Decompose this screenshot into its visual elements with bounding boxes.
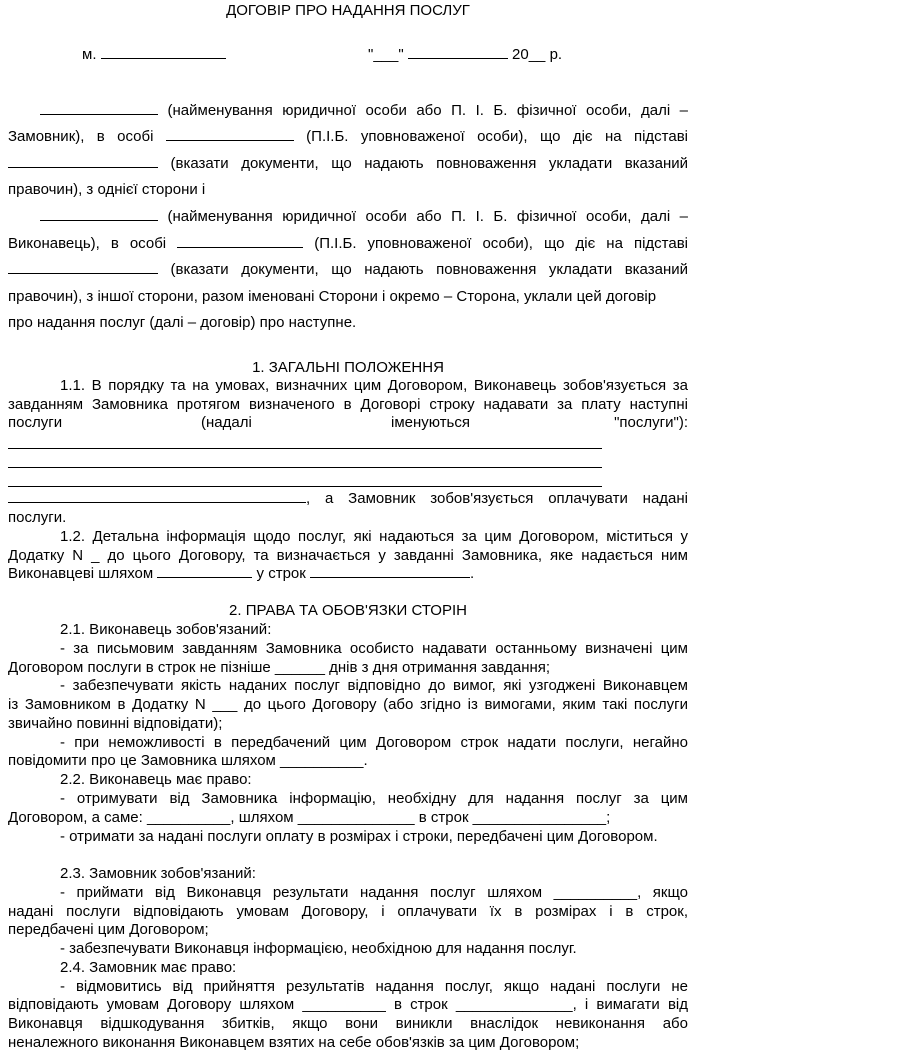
services-blank-3[interactable]: [8, 486, 602, 487]
section-2-line: звичайно повинні відповідати);: [8, 715, 688, 733]
section-1-heading: 1. ЗАГАЛЬНІ ПОЛОЖЕННЯ: [8, 359, 688, 377]
section-1-line: завданням Замовника протягом визначеного…: [8, 396, 688, 414]
customer-docs-blank[interactable]: [8, 155, 158, 168]
preamble-line: (вказати документи, що надають повноваже…: [8, 155, 688, 173]
month-blank[interactable]: [408, 46, 508, 59]
services-blank-4[interactable]: [8, 490, 306, 503]
delivery-term-blank[interactable]: [310, 565, 470, 578]
section-2-line: із Замовником в Додатку N ___ до цього Д…: [8, 696, 688, 714]
section-2-line: 2.1. Виконавець зобов'язаний:: [8, 621, 688, 639]
contractor-name-blank[interactable]: [40, 208, 158, 221]
section-2-line: неналежного виконання Виконавцем взятих …: [8, 1034, 688, 1052]
preamble-line: (найменування юридичної особи або П. І. …: [8, 102, 688, 120]
section-1-line: послуги.: [8, 509, 688, 527]
section-2-line: Договором послуги в строк не пізніше ___…: [8, 659, 688, 677]
section-1-line: 1.2. Детальна інформація щодо послуг, як…: [8, 528, 688, 546]
services-blank-1[interactable]: [8, 448, 602, 449]
preamble-line: правочин), з іншої сторони, разом іменов…: [8, 288, 688, 306]
section-1-line: Додатку N _ до цього Договору, та визнач…: [8, 547, 688, 565]
preamble-line: правочин), з однієї сторони і: [8, 181, 688, 199]
city-blank[interactable]: [101, 46, 226, 59]
section-2-line: - за письмовим завданням Замовника особи…: [8, 640, 688, 658]
section-2-line: - забезпечувати якість наданих послуг ві…: [8, 677, 688, 695]
section-2-line: 2.3. Замовник зобов'язаний:: [8, 865, 688, 883]
section-1-line: 1.1. В порядку та на умовах, визначних ц…: [8, 377, 688, 395]
section-2-line: - отримувати від Замовника інформацію, н…: [8, 790, 688, 808]
section-2-line: передбачені цим Договором;: [8, 921, 688, 939]
section-2-heading: 2. ПРАВА ТА ОБОВ'ЯЗКИ СТОРІН: [8, 602, 688, 620]
customer-rep-blank[interactable]: [166, 128, 294, 141]
section-2-line: відповідають умовам Договору шляхом ____…: [8, 996, 688, 1014]
section-2-line: повідомити про це Замовника шляхом _____…: [8, 752, 688, 770]
section-2-line: - відмовитись від прийняття результатів …: [8, 978, 688, 996]
section-2-line: - приймати від Виконавця результати нада…: [8, 884, 688, 902]
section-2-line: надані послуги відповідають умовам Догов…: [8, 903, 688, 921]
preamble-line: (найменування юридичної особи або П. І. …: [8, 208, 688, 226]
contractor-rep-blank[interactable]: [177, 235, 303, 248]
section-2-line: - при неможливості в передбачений цим До…: [8, 734, 688, 752]
section-1-line: , а Замовник зобов'язується оплачувати н…: [8, 490, 688, 508]
section-2-line: - отримати за надані послуги оплату в ро…: [8, 828, 688, 846]
contractor-docs-blank[interactable]: [8, 261, 158, 274]
preamble-line: Виконавець), в особі (П.І.Б. уповноважен…: [8, 235, 688, 253]
page-title: ДОГОВІР ПРО НАДАННЯ ПОСЛУГ: [8, 2, 688, 20]
section-2-line: 2.2. Виконавець має право:: [8, 771, 688, 789]
date-field-line: "___" 20__ р.: [368, 46, 668, 64]
section-2-line: Виконавця відшкодування збитків, якщо во…: [8, 1015, 688, 1033]
section-2-line: Договором, а саме: __________, шляхом __…: [8, 809, 688, 827]
section-1-line: Виконавцеві шляхом у строк .: [8, 565, 688, 583]
section-2-line: 2.4. Замовник має право:: [8, 959, 688, 977]
customer-name-blank[interactable]: [40, 102, 158, 115]
preamble-line: Замовник), в особі (П.І.Б. уповноваженої…: [8, 128, 688, 146]
preamble-line: (вказати документи, що надають повноваже…: [8, 261, 688, 279]
preamble-line: про надання послуг (далі – договір) про …: [8, 314, 688, 332]
delivery-method-blank[interactable]: [157, 565, 252, 578]
section-2-line: - забезпечувати Виконавця інформацією, н…: [8, 940, 688, 958]
services-blank-2[interactable]: [8, 467, 602, 468]
